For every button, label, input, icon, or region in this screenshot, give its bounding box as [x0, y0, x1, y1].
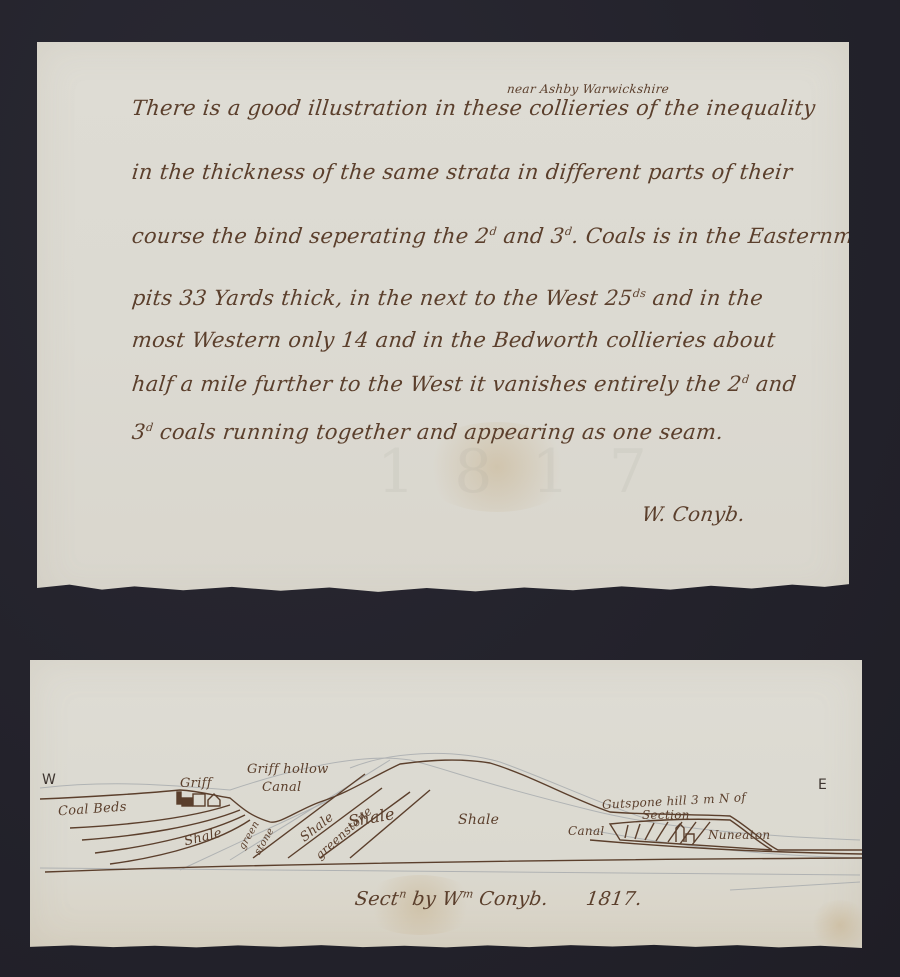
paper-watermark: 1 8 1 7 [377, 437, 657, 507]
letter-line-7: 3d coals running together and appearing … [131, 420, 725, 444]
label-canal-2: Canal [568, 824, 605, 838]
letter-line-2: in the thickness of the same strata in d… [131, 160, 794, 184]
letter-leaf: 1 8 1 7 near Ashby Warwickshire There is… [37, 42, 849, 602]
label-nuneaton: Nuneaton [708, 828, 770, 842]
signature: W. Conyb. [640, 502, 747, 526]
letter-line-4: pits 33 Yards thick, in the next to the … [131, 286, 765, 310]
letter-line-5: most Western only 14 and in the Bedworth… [131, 328, 777, 352]
letter-line-3: course the bind seperating the 2d and 3d… [131, 224, 888, 248]
caption-year: 1817. [585, 888, 644, 910]
section-sketch-leaf: W E Coal Beds Griff Griff hollow Canal S… [30, 660, 862, 948]
label-griff-hollow: Griff hollow [247, 762, 329, 777]
section-caption: Sectn by Wm Conyb.1817. [353, 888, 643, 910]
compass-east-label: E [818, 777, 827, 793]
label-griff: Griff [180, 776, 212, 791]
label-gutspone-section: Section [642, 808, 690, 822]
label-shale-4: Shale [458, 812, 499, 828]
letter-line-6: half a mile further to the West it vanis… [131, 372, 798, 396]
label-griff-hollow-canal: Canal [262, 780, 301, 795]
compass-west-label: W [42, 772, 56, 788]
interlinear-insertion: near Ashby Warwickshire [506, 82, 670, 96]
letter-line-1: There is a good illustration in these co… [131, 96, 817, 120]
